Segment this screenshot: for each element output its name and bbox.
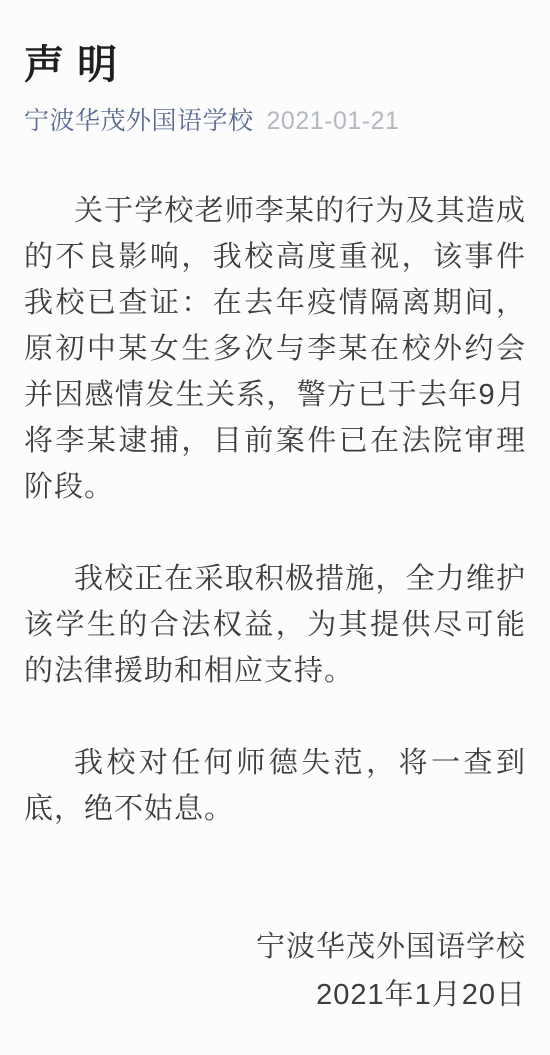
signature-name: 宁波华茂外国语学校 [24,923,526,971]
signature-date: 2021年1月20日 [24,971,526,1019]
signature-block: 宁波华茂外国语学校 2021年1月20日 [24,923,526,1019]
statement-article: 声 明 宁波华茂外国语学校 2021-01-21 关于学校老师李某的行为及其造成… [0,0,550,1055]
statement-body: 关于学校老师李某的行为及其造成的不良影响，我校高度重视，该事件我校已查证：在去年… [24,188,526,832]
page-title: 声 明 [24,0,526,85]
statement-paragraph-2: 我校正在采取积极措施，全力维护该学生的合法权益，为其提供尽可能的法律援助和相应支… [24,556,526,694]
article-meta: 宁波华茂外国语学校 2021-01-21 [24,108,526,135]
statement-paragraph-3: 我校对任何师德失范，将一查到底，绝不姑息。 [24,740,526,832]
account-name-link[interactable]: 宁波华茂外国语学校 [24,108,254,135]
statement-paragraph-1: 关于学校老师李某的行为及其造成的不良影响，我校高度重视，该事件我校已查证：在去年… [24,188,526,510]
publish-date: 2021-01-21 [267,108,400,135]
